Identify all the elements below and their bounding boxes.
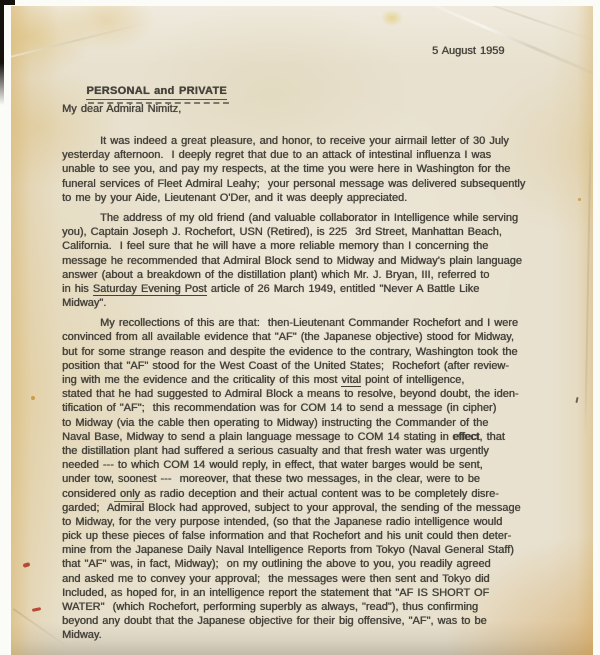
text-segment: WATER" (which Rochefort, performing supe… [62, 601, 478, 613]
letter-line: to me by your Aide, Lieutenant O'Der, an… [62, 191, 562, 205]
letter-line: answer (about a breakdown of the distill… [62, 268, 562, 282]
text-segment: that "AF" was, in fact, Midway); on my o… [62, 558, 491, 570]
text-segment: Block had approved, subject to your appr… [144, 502, 520, 514]
letter-line: WATER" (which Rochefort, performing supe… [62, 600, 562, 614]
text-segment: considered only as radio deception and t… [62, 488, 499, 500]
text-segment: needed --- to which COM 14 would reply, … [62, 459, 483, 471]
text-segment: vital [341, 374, 361, 387]
letter-line: needed --- to which COM 14 would reply, … [62, 458, 562, 472]
text-segment: yesterday afternoon. I deeply regret tha… [62, 149, 491, 161]
letter-line: in his Saturday Evening Post article of … [62, 282, 562, 296]
paragraph: My recollections of this are that: then-… [62, 316, 562, 642]
text-segment: position that "AF" stood for the West Co… [62, 360, 509, 372]
text-segment: California. I feel sure that he will hav… [62, 240, 488, 252]
scan-edge-artifact-vertical [0, 0, 4, 105]
letter-line: stated that he had suggested to Admiral … [62, 387, 562, 401]
letter-line: and asked me to convey your approval; th… [62, 572, 562, 586]
letter-line: The address of my old friend (and valuab… [62, 211, 562, 225]
text-segment: to Midway (via the cable then operating … [62, 417, 488, 429]
text-segment: in his [62, 283, 93, 295]
text-segment: convinced from all available evidence th… [62, 331, 514, 343]
paragraph: The address of my old friend (and valuab… [62, 211, 562, 310]
text-segment: My recollections of this are that: then-… [100, 317, 518, 329]
letter-line: message he recommended that Admiral Bloc… [62, 254, 562, 268]
letter-line: It was indeed a great pleasure, and hono… [62, 134, 562, 148]
text-segment: stated that he had suggested to Admiral … [62, 388, 519, 400]
red-pencil-mark-2 [32, 607, 41, 612]
letter-line: My recollections of this are that: then-… [62, 316, 562, 330]
classification-heading: PERSONAL and PRIVATE [86, 85, 227, 100]
stain-speck [31, 396, 35, 400]
letter-line: considered only as radio deception and t… [62, 487, 562, 501]
text-segment: article of 26 March 1949, entitled "Neve… [207, 283, 480, 295]
letter-line: Included, as hoped for, in an intelligen… [62, 586, 562, 600]
text-segment: effect [453, 431, 480, 443]
paper-crease-right-vertical [584, 124, 591, 439]
text-segment: It was indeed a great pleasure, and hono… [100, 135, 509, 147]
letter-line: you), Captain Joseph J. Rochefort, USN (… [62, 225, 562, 239]
letter-body: It was indeed a great pleasure, and hono… [62, 134, 562, 649]
text-segment: to Midway, for the very purpose intended… [62, 516, 502, 528]
letter-line: mine from the Japanese Daily Naval Intel… [62, 543, 562, 557]
letter-line: position that "AF" stood for the West Co… [62, 359, 562, 373]
text-segment: to me by your Aide, Lieutenant O'Der, an… [62, 192, 407, 204]
text-segment: unable to see you, and pay my respects, … [62, 163, 510, 175]
letter-line: unable to see you, and pay my respects, … [62, 162, 562, 176]
letter-line: convinced from all available evidence th… [62, 330, 562, 344]
text-segment: pick up these pieces of false informatio… [62, 530, 511, 542]
ink-speck [575, 397, 578, 403]
paragraph: It was indeed a great pleasure, and hono… [62, 134, 562, 205]
text-segment: dmiral [114, 501, 144, 514]
letter-line: California. I feel sure that he will hav… [62, 239, 562, 253]
scanned-letter: 5 August 1959 PERSONAL and PRIVATE My de… [0, 0, 600, 655]
text-segment: funeral services of Fleet Admiral Leahy;… [62, 178, 525, 190]
text-segment: point of intelligence, [361, 374, 464, 386]
red-pencil-mark [23, 562, 31, 568]
letter-line: Midway. [62, 628, 562, 642]
letter-line: that "AF" was, in fact, Midway); on my o… [62, 557, 562, 571]
text-segment: , that [479, 431, 504, 443]
letter-line: but for some strange reason and despite … [62, 345, 562, 359]
text-segment: beyond any doubt that the Japanese objec… [62, 615, 487, 627]
text-segment: and asked me to convey your approval; th… [62, 573, 490, 585]
text-segment: but for some strange reason and despite … [62, 346, 518, 358]
text-segment: The address of my old friend (and valuab… [100, 212, 518, 224]
letter-line: Midway". [62, 296, 562, 310]
text-segment: message he recommended that Admiral Bloc… [62, 255, 522, 267]
text-segment: Saturday Evening Post [93, 283, 207, 296]
letter-date: 5 August 1959 [432, 45, 504, 57]
letter-line: tification of "AF"; this recommendation … [62, 401, 562, 415]
text-segment: ing with me the evidence and the critica… [62, 374, 341, 386]
letter-line: under tow, soonest --- moreover, that th… [62, 472, 562, 486]
paper-crease-top-left [11, 22, 147, 60]
letter-line: to Midway (via the cable then operating … [62, 416, 562, 430]
letter-line: to Midway, for the very purpose intended… [62, 515, 562, 529]
letter-line: funeral services of Fleet Admiral Leahy;… [62, 177, 562, 191]
text-segment: under tow, soonest --- moreover, that th… [62, 473, 480, 485]
text-segment: Included, as hoped for, in an intelligen… [62, 587, 489, 599]
scan-edge-artifact-horizontal [0, 0, 15, 5]
text-segment: answer (about a breakdown of the distill… [62, 269, 489, 281]
letter-line: garded; Admiral Block had approved, subj… [62, 501, 562, 515]
paper-crease-top-right-2 [455, 6, 593, 42]
stain-speck-right [578, 198, 581, 201]
letter-line: Naval Base, Midway to send a plain langu… [62, 430, 562, 444]
text-segment: the distillation plant had suffered a se… [62, 445, 489, 457]
paper-crease-top-right [417, 6, 593, 82]
text-segment: Midway. [62, 629, 102, 641]
text-segment: Naval Base, Midway to send a plain langu… [62, 431, 453, 443]
letter-line: the distillation plant had suffered a se… [62, 444, 562, 458]
text-segment: Midway". [62, 297, 106, 309]
letter-line: beyond any doubt that the Japanese objec… [62, 614, 562, 628]
letter-line: yesterday afternoon. I deeply regret tha… [62, 148, 562, 162]
paper-sheet: 5 August 1959 PERSONAL and PRIVATE My de… [11, 6, 593, 655]
text-segment: mine from the Japanese Daily Naval Intel… [62, 544, 514, 556]
text-segment: you), Captain Joseph J. Rochefort, USN (… [62, 226, 502, 238]
text-segment: tification of "AF"; this recommendation … [62, 402, 496, 414]
letter-line: pick up these pieces of false informatio… [62, 529, 562, 543]
text-segment: garded; A [62, 502, 114, 514]
letter-line: ing with me the evidence and the critica… [62, 373, 562, 387]
salutation: My dear Admiral Nimitz, [62, 103, 181, 115]
